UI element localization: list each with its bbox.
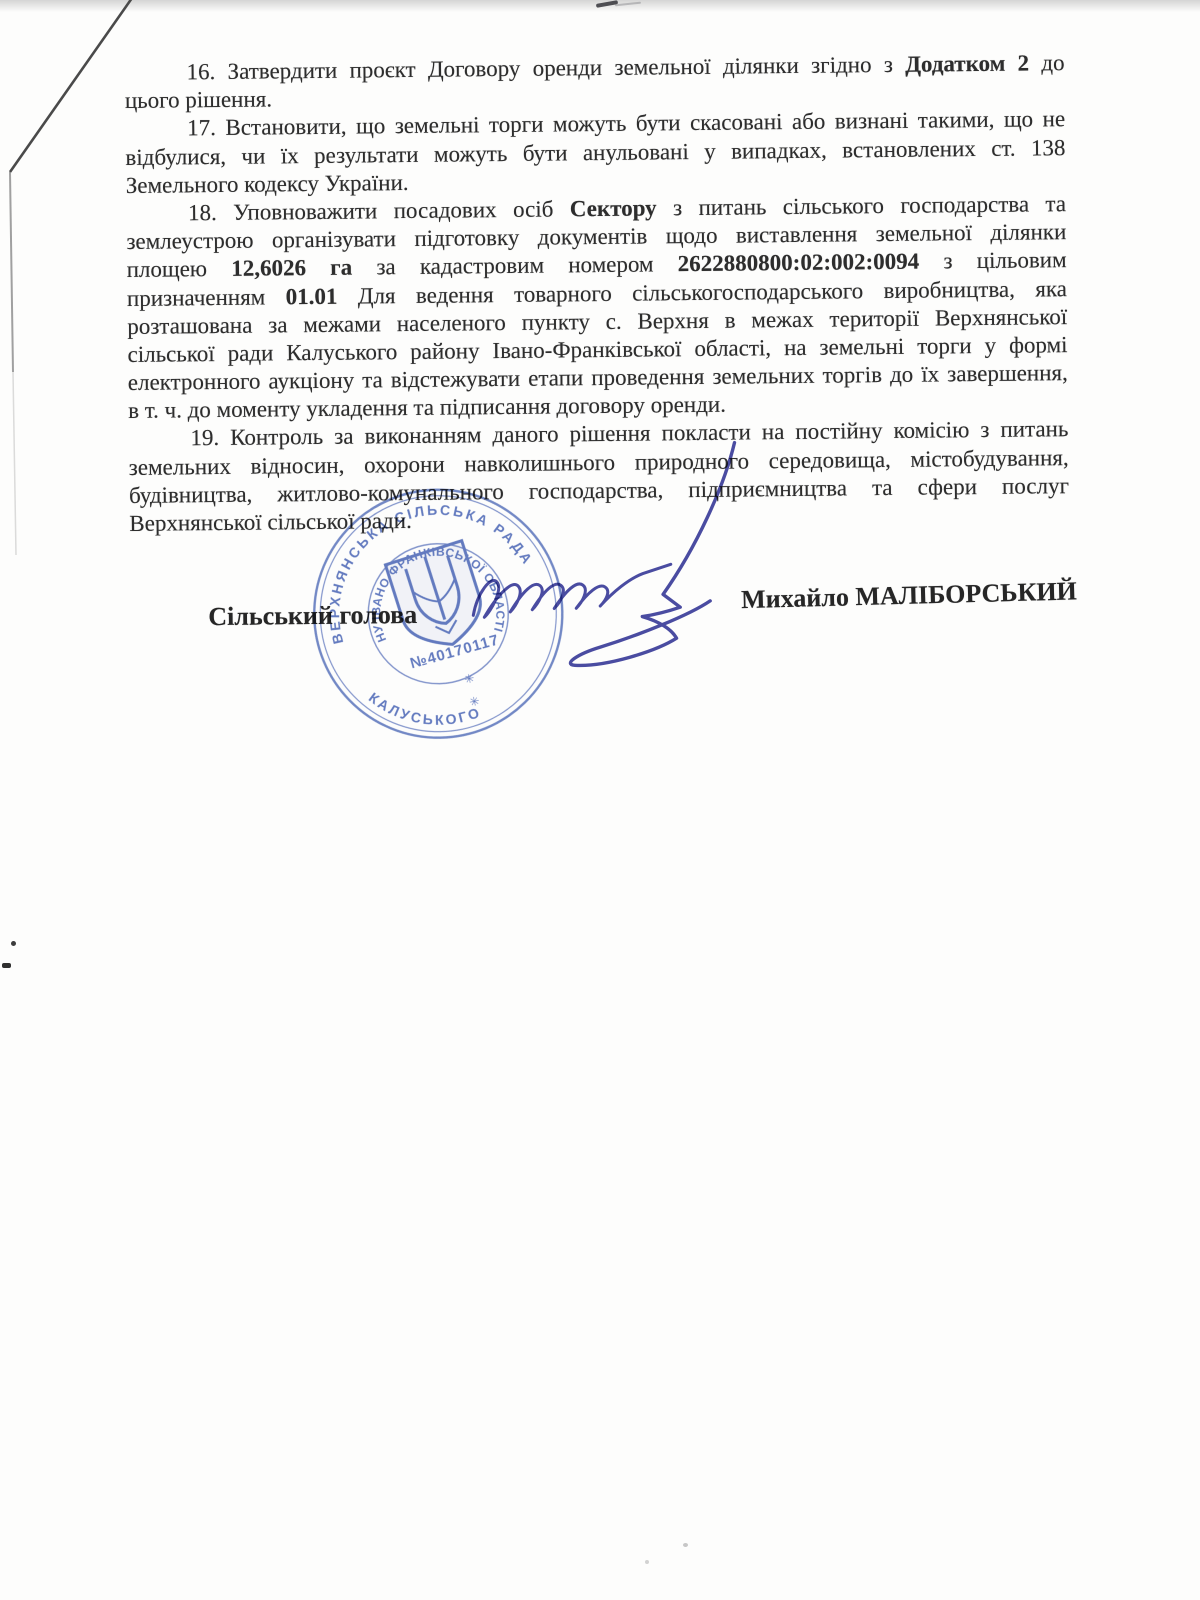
scanned-document-page: { "page": { "type": "scanned-official-do… [0, 0, 1200, 1600]
signature-loops-stroke [473, 564, 672, 617]
scan-speck [11, 941, 16, 946]
signer-name: Михайло МАЛІБОРСЬКИЙ [741, 576, 1077, 615]
page-content: 16. Затвердити проєкт Договору оренди зе… [0, 0, 1200, 1600]
signature-stem-flourish-stroke [568, 443, 737, 666]
stamp-separator-star-icon: ✳ [468, 694, 481, 710]
page-corner-fold-line [0, 0, 160, 600]
handwritten-signature [456, 416, 759, 674]
scan-speck [2, 963, 11, 968]
scan-speck [645, 1560, 649, 1564]
scan-speck [683, 1543, 688, 1547]
